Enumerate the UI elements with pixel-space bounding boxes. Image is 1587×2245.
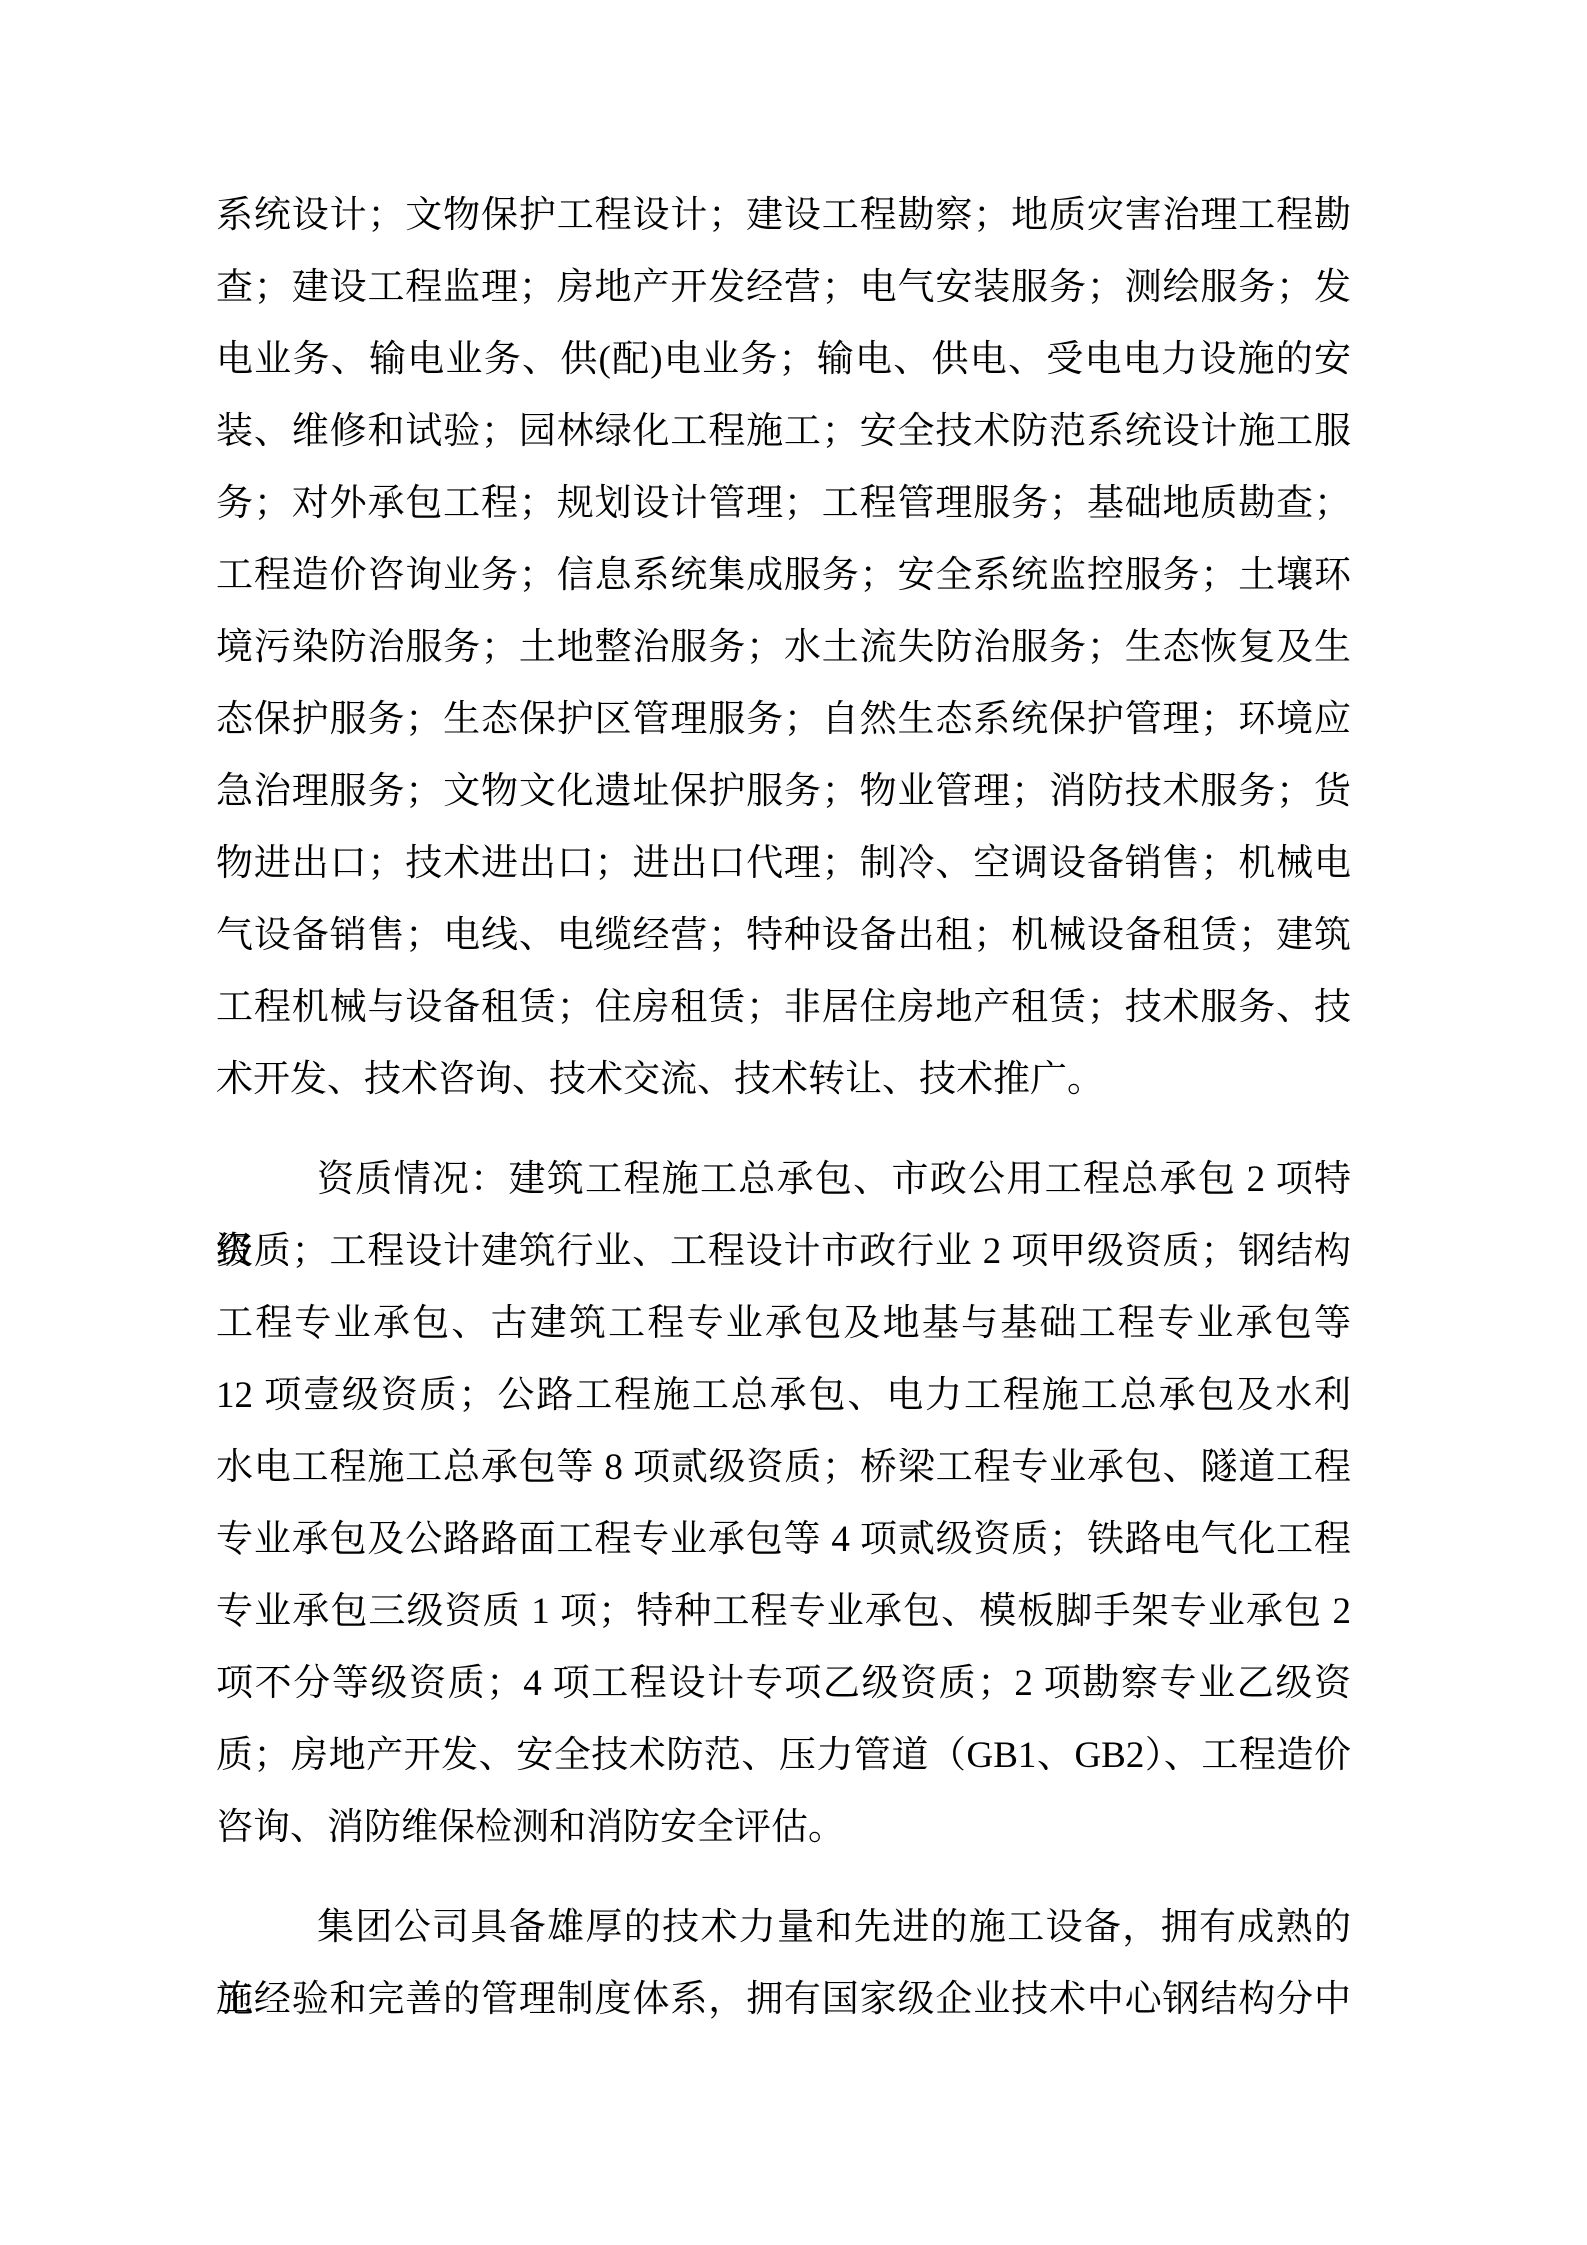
text-line: 境污染防治服务；土地整治服务；水土流失防治服务；生态恢复及生 — [216, 612, 1351, 684]
text-line: 工经验和完善的管理制度体系，拥有国家级企业技术中心钢结构分中 — [216, 1964, 1351, 2036]
paragraph-business-scope: 系统设计；文物保护工程设计；建设工程勘察；地质灾害治理工程勘查；建设工程监理；房… — [216, 180, 1351, 1116]
text-line: 工程造价咨询业务；信息系统集成服务；安全系统监控服务；土壤环 — [216, 540, 1351, 612]
text-line: 专业承包及公路路面工程专业承包等 4 项贰级资质；铁路电气化工程 — [216, 1504, 1351, 1576]
text-line: 工程专业承包、古建筑工程专业承包及地基与基础工程专业承包等 — [216, 1288, 1351, 1360]
text-line: 态保护服务；生态保护区管理服务；自然生态系统保护管理；环境应 — [216, 684, 1351, 756]
text-line: 水电工程施工总承包等 8 项贰级资质；桥梁工程专业承包、隧道工程 — [216, 1432, 1351, 1504]
text-line: 急治理服务；文物文化遗址保护服务；物业管理；消防技术服务；货 — [216, 756, 1351, 828]
text-line: 术开发、技术咨询、技术交流、技术转让、技术推广。 — [216, 1044, 1351, 1116]
text-line: 集团公司具备雄厚的技术力量和先进的施工设备，拥有成熟的施 — [216, 1892, 1351, 1964]
text-line: 资质；工程设计建筑行业、工程设计市政行业 2 项甲级资质；钢结构 — [216, 1216, 1351, 1288]
text-line: 项不分等级资质；4 项工程设计专项乙级资质；2 项勘察专业乙级资 — [216, 1648, 1351, 1720]
text-line: 查；建设工程监理；房地产开发经营；电气安装服务；测绘服务；发 — [216, 252, 1351, 324]
text-line: 气设备销售；电线、电缆经营；特种设备出租；机械设备租赁；建筑 — [216, 900, 1351, 972]
text-line: 物进出口；技术进出口；进出口代理；制冷、空调设备销售；机械电 — [216, 828, 1351, 900]
text-line: 务；对外承包工程；规划设计管理；工程管理服务；基础地质勘查； — [216, 468, 1351, 540]
paragraph-company-strength: 集团公司具备雄厚的技术力量和先进的施工设备，拥有成熟的施工经验和完善的管理制度体… — [216, 1892, 1351, 2036]
text-line: 12 项壹级资质；公路工程施工总承包、电力工程施工总承包及水利 — [216, 1360, 1351, 1432]
document-text-block: 系统设计；文物保护工程设计；建设工程勘察；地质灾害治理工程勘查；建设工程监理；房… — [216, 180, 1351, 2064]
paragraph-qualifications: 资质情况：建筑工程施工总承包、市政公用工程总承包 2 项特级资质；工程设计建筑行… — [216, 1144, 1351, 1864]
text-line: 质；房地产开发、安全技术防范、压力管道（GB1、GB2）、工程造价 — [216, 1720, 1351, 1792]
text-line: 资质情况：建筑工程施工总承包、市政公用工程总承包 2 项特级 — [216, 1144, 1351, 1216]
text-line: 装、维修和试验；园林绿化工程施工；安全技术防范系统设计施工服 — [216, 396, 1351, 468]
document-page: 系统设计；文物保护工程设计；建设工程勘察；地质灾害治理工程勘查；建设工程监理；房… — [0, 0, 1587, 2245]
text-line: 系统设计；文物保护工程设计；建设工程勘察；地质灾害治理工程勘 — [216, 180, 1351, 252]
text-line: 专业承包三级资质 1 项；特种工程专业承包、模板脚手架专业承包 2 — [216, 1576, 1351, 1648]
text-line: 电业务、输电业务、供(配)电业务；输电、供电、受电电力设施的安 — [216, 324, 1351, 396]
text-line: 咨询、消防维保检测和消防安全评估。 — [216, 1792, 1351, 1864]
text-line: 工程机械与设备租赁；住房租赁；非居住房地产租赁；技术服务、技 — [216, 972, 1351, 1044]
